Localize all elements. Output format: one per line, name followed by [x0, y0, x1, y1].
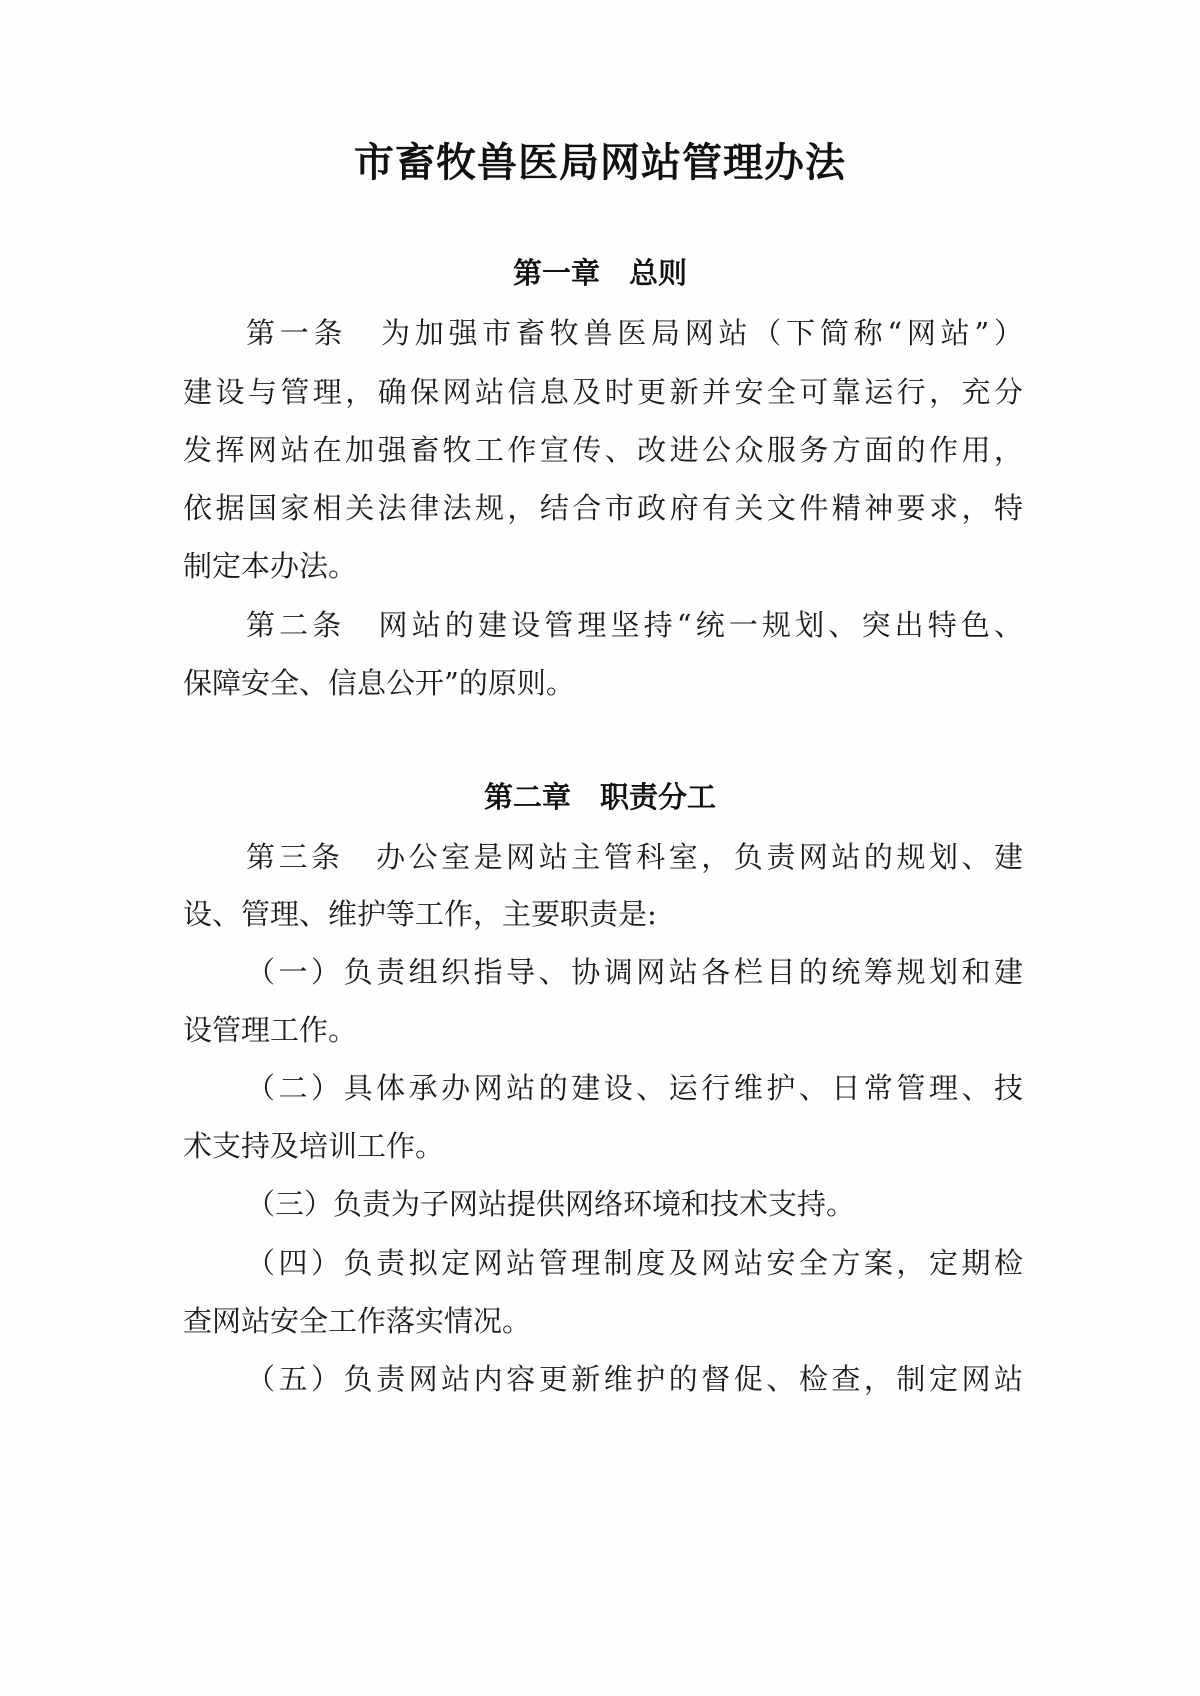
article-2-line-1: 第二条 网站的建设管理坚持“统一规划、突出特色、	[246, 605, 1023, 645]
chapter-heading-1: 第一章 总则	[0, 253, 1200, 293]
document-title: 市畜牧兽医局网站管理办法	[0, 136, 1200, 190]
article-1-line-2: 建设与管理，确保网站信息及时更新并安全可靠运行，充分	[183, 372, 1023, 412]
clause-4-line-2: 查网站安全工作落实情况。	[183, 1301, 1023, 1341]
article-2-line-2: 保障安全、信息公开”的原则。	[183, 663, 1023, 703]
article-1-line-5: 制定本办法。	[183, 546, 1023, 586]
article-1-line-1: 第一条 为加强市畜牧兽医局网站（下简称“网站”）	[246, 313, 1023, 353]
clause-2-line-2: 术支持及培训工作。	[183, 1126, 1023, 1166]
clause-4-line-1: （四）负责拟定网站管理制度及网站安全方案，定期检	[246, 1243, 1023, 1283]
clause-1-line-1: （一）负责组织指导、协调网站各栏目的统筹规划和建	[246, 952, 1023, 992]
article-1-line-3: 发挥网站在加强畜牧工作宣传、改进公众服务方面的作用，	[183, 430, 1023, 470]
article-1-line-4: 依据国家相关法律法规，结合市政府有关文件精神要求，特	[183, 488, 1023, 528]
clause-5-line-1: （五）负责网站内容更新维护的督促、检查，制定网站	[246, 1359, 1023, 1399]
chapter-heading-2: 第二章 职责分工	[0, 777, 1200, 817]
clause-1-line-2: 设管理工作。	[183, 1010, 1023, 1050]
document-page: 市畜牧兽医局网站管理办法 第一章 总则 第一条 为加强市畜牧兽医局网站（下简称“…	[0, 0, 1200, 1696]
article-3-line-1: 第三条 办公室是网站主管科室，负责网站的规划、建	[246, 837, 1023, 877]
clause-2-line-1: （二）具体承办网站的建设、运行维护、日常管理、技	[246, 1068, 1023, 1108]
clause-3-line-1: （三）负责为子网站提供网络环境和技术支持。	[246, 1184, 1023, 1224]
article-3-line-2: 设、管理、维护等工作，主要职责是:	[183, 894, 1023, 934]
